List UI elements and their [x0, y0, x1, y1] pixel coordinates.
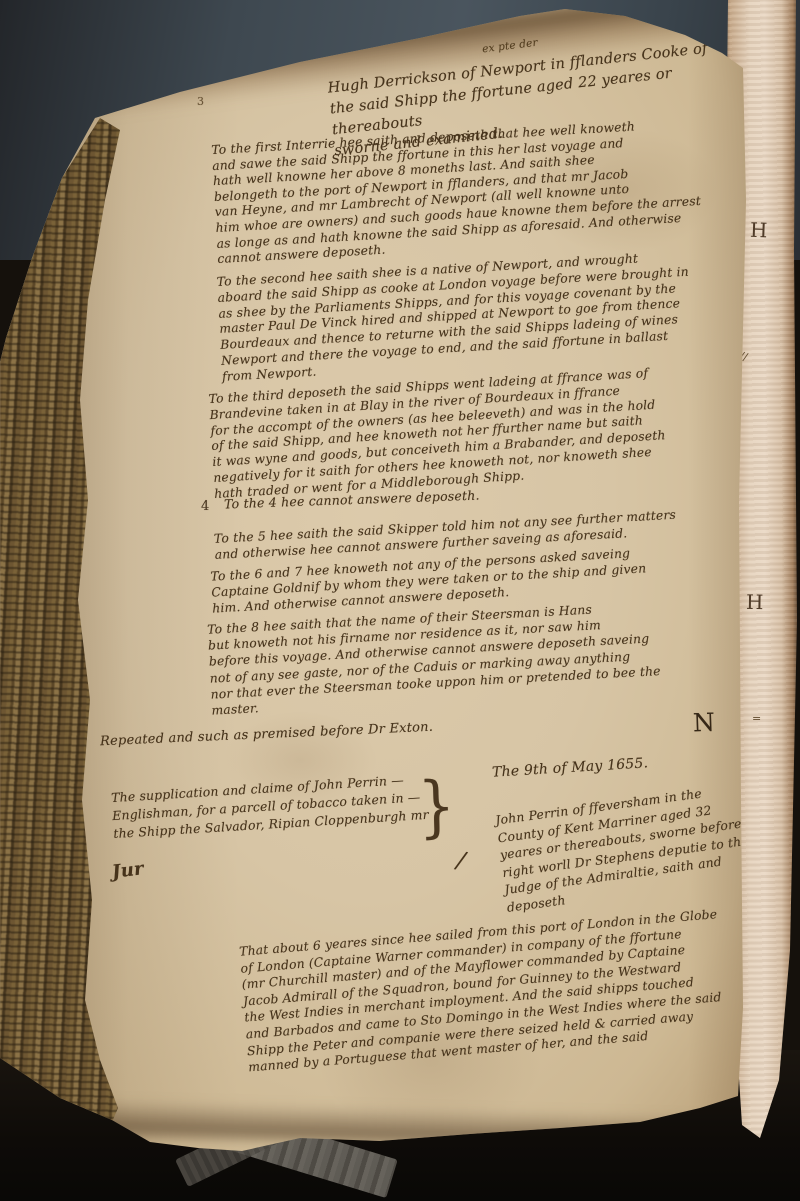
- ink-stroke: /: [455, 848, 467, 875]
- margin-mark-n: N: [693, 708, 716, 738]
- supplication-block: The supplication and claime of John Perr…: [111, 769, 444, 843]
- repeated-before-line: Repeated and such as premised before Dr …: [100, 720, 433, 750]
- tick-mark: =: [752, 712, 761, 725]
- date-line: The 9th of May 1655.: [492, 755, 649, 781]
- manuscript-page: ex pte der Hugh Derrickson of Newport in…: [0, 0, 800, 1201]
- jurat-flourish: Jur: [111, 858, 145, 883]
- answer-paragraph-1: To the first Interrie hee saith and depo…: [211, 111, 792, 268]
- margin-mark-4: 4: [201, 499, 209, 514]
- folio-number: 3: [197, 95, 204, 108]
- manuscript-photograph: H H ∕∕ = ex pte der Hugh Derrickson of N…: [0, 0, 800, 1201]
- facing-page-mark-h: H: [750, 218, 766, 243]
- perrin-deposition-paragraph: That about 6 yeares since hee sailed fro…: [239, 901, 798, 1076]
- facing-page-mark-h: H: [746, 590, 762, 614]
- supplication-brace: }: [417, 766, 456, 846]
